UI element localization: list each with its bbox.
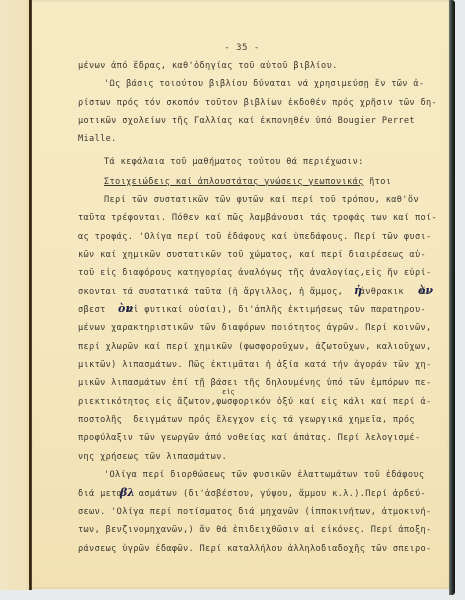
- handwritten-correction: ὸν: [418, 284, 433, 297]
- facing-page-edge: [0, 0, 32, 590]
- text-line: μοτικῶν σχολείων τῆς Γαλλίας καί ἐκπονηθ…: [78, 115, 415, 127]
- text-line: μικῶν λιπασμάτων ἐπί τῇ βάσει τῆς δηλουμ…: [78, 377, 432, 389]
- handwritten-correction: ὸν: [118, 302, 133, 315]
- text-line: κῶν καί χημικῶν συστατικῶν τοῦ χώματος, …: [78, 249, 426, 261]
- text-line: ποστολῆς δειγμάτων πρός ἔλεγχον εἰς τά γ…: [78, 414, 415, 426]
- handwritten-correction: βλ: [120, 486, 135, 499]
- text-line: νης χρήσεως τῶν λιπασμάτων.: [78, 451, 227, 463]
- paragraph-first-line: Περί τῶν συστατικῶν τῶν φυτῶν καί περί τ…: [104, 194, 419, 206]
- page-number: - 35 -: [32, 43, 452, 53]
- text-line: μικτῶν) λιπασμάτων. Πῶς ἐκτιμᾶται ἡ ἀξία…: [78, 359, 432, 371]
- paragraph-first-line: 'Ως βάσις τοιούτου βιβλίου δύναται νά χρ…: [104, 78, 424, 90]
- paragraph-first-line: 'Ολίγα περί διορθώσεως τῶν φυσικῶν ἐλαττ…: [104, 469, 424, 481]
- text-line: μένων χαρακτηριστικῶν τῶν διαφόρων ποιότ…: [78, 322, 432, 334]
- text-line: μένων ἀπό ἕδρας, καθ'ὁδηγίας τοῦ αὐτοῦ β…: [78, 60, 338, 72]
- text-line: τοῦ εἰς διαφόρους κατηγορίας ἀναλόγως τῆ…: [78, 267, 432, 279]
- section-heading: Στοιχειώδεις καί ἁπλουστάτας γνώσεις γεω…: [104, 176, 391, 188]
- text-line: σκονται τά συστατικά ταῦτα (ἡ ἄργιλλος, …: [78, 286, 432, 298]
- text-line: ρίστων πρός τόν σκοπόν τοῦτον βιβλίων ἐκ…: [78, 97, 437, 109]
- text-line: σεων. 'Ολίγα περί ποτίσματος διά μηχανῶν…: [78, 506, 432, 518]
- text-line: των, βενζινομηχανῶν,) ἅν θά ἐπιδειχθῶσιν…: [78, 524, 432, 536]
- text-line: ριεκτικότητος εἰς ἄζωτον,φωσφορικόν ὀξύ …: [78, 396, 432, 408]
- text-line: Mialle.: [78, 133, 117, 145]
- interlinear-insertion: εἰς: [222, 388, 235, 396]
- text-line: ας τροφάς. 'Ολίγα περί τοῦ ἐδάφους καί ὑ…: [78, 231, 432, 243]
- text-line: περί χλωρῶν καί περί χημικῶν (φωσφοροῦχω…: [78, 341, 432, 353]
- heading-suffix: ἤτοι: [369, 177, 391, 187]
- page-right-edge: [449, 0, 455, 595]
- text-line: προφύλαξιν τῶν γεωργῶν ἀπό νοθείας καί ἀ…: [78, 432, 420, 444]
- section-intro: Τά κεφάλαια τοῦ μαθήματος τούτου θά περι…: [104, 156, 364, 168]
- text-line: ταῦτα τρέφονται. Πόθεν καί πῶς λαμβάνουσ…: [78, 212, 437, 224]
- handwritten-correction: ἡ: [354, 284, 362, 297]
- text-line: ράνσεως ὑγρῶν ἐδαφῶν. Περί καταλλήλου ἀλ…: [78, 543, 432, 555]
- underlined-heading: Στοιχειώδεις καί ἁπλουστάτας γνώσεις γεω…: [104, 177, 364, 187]
